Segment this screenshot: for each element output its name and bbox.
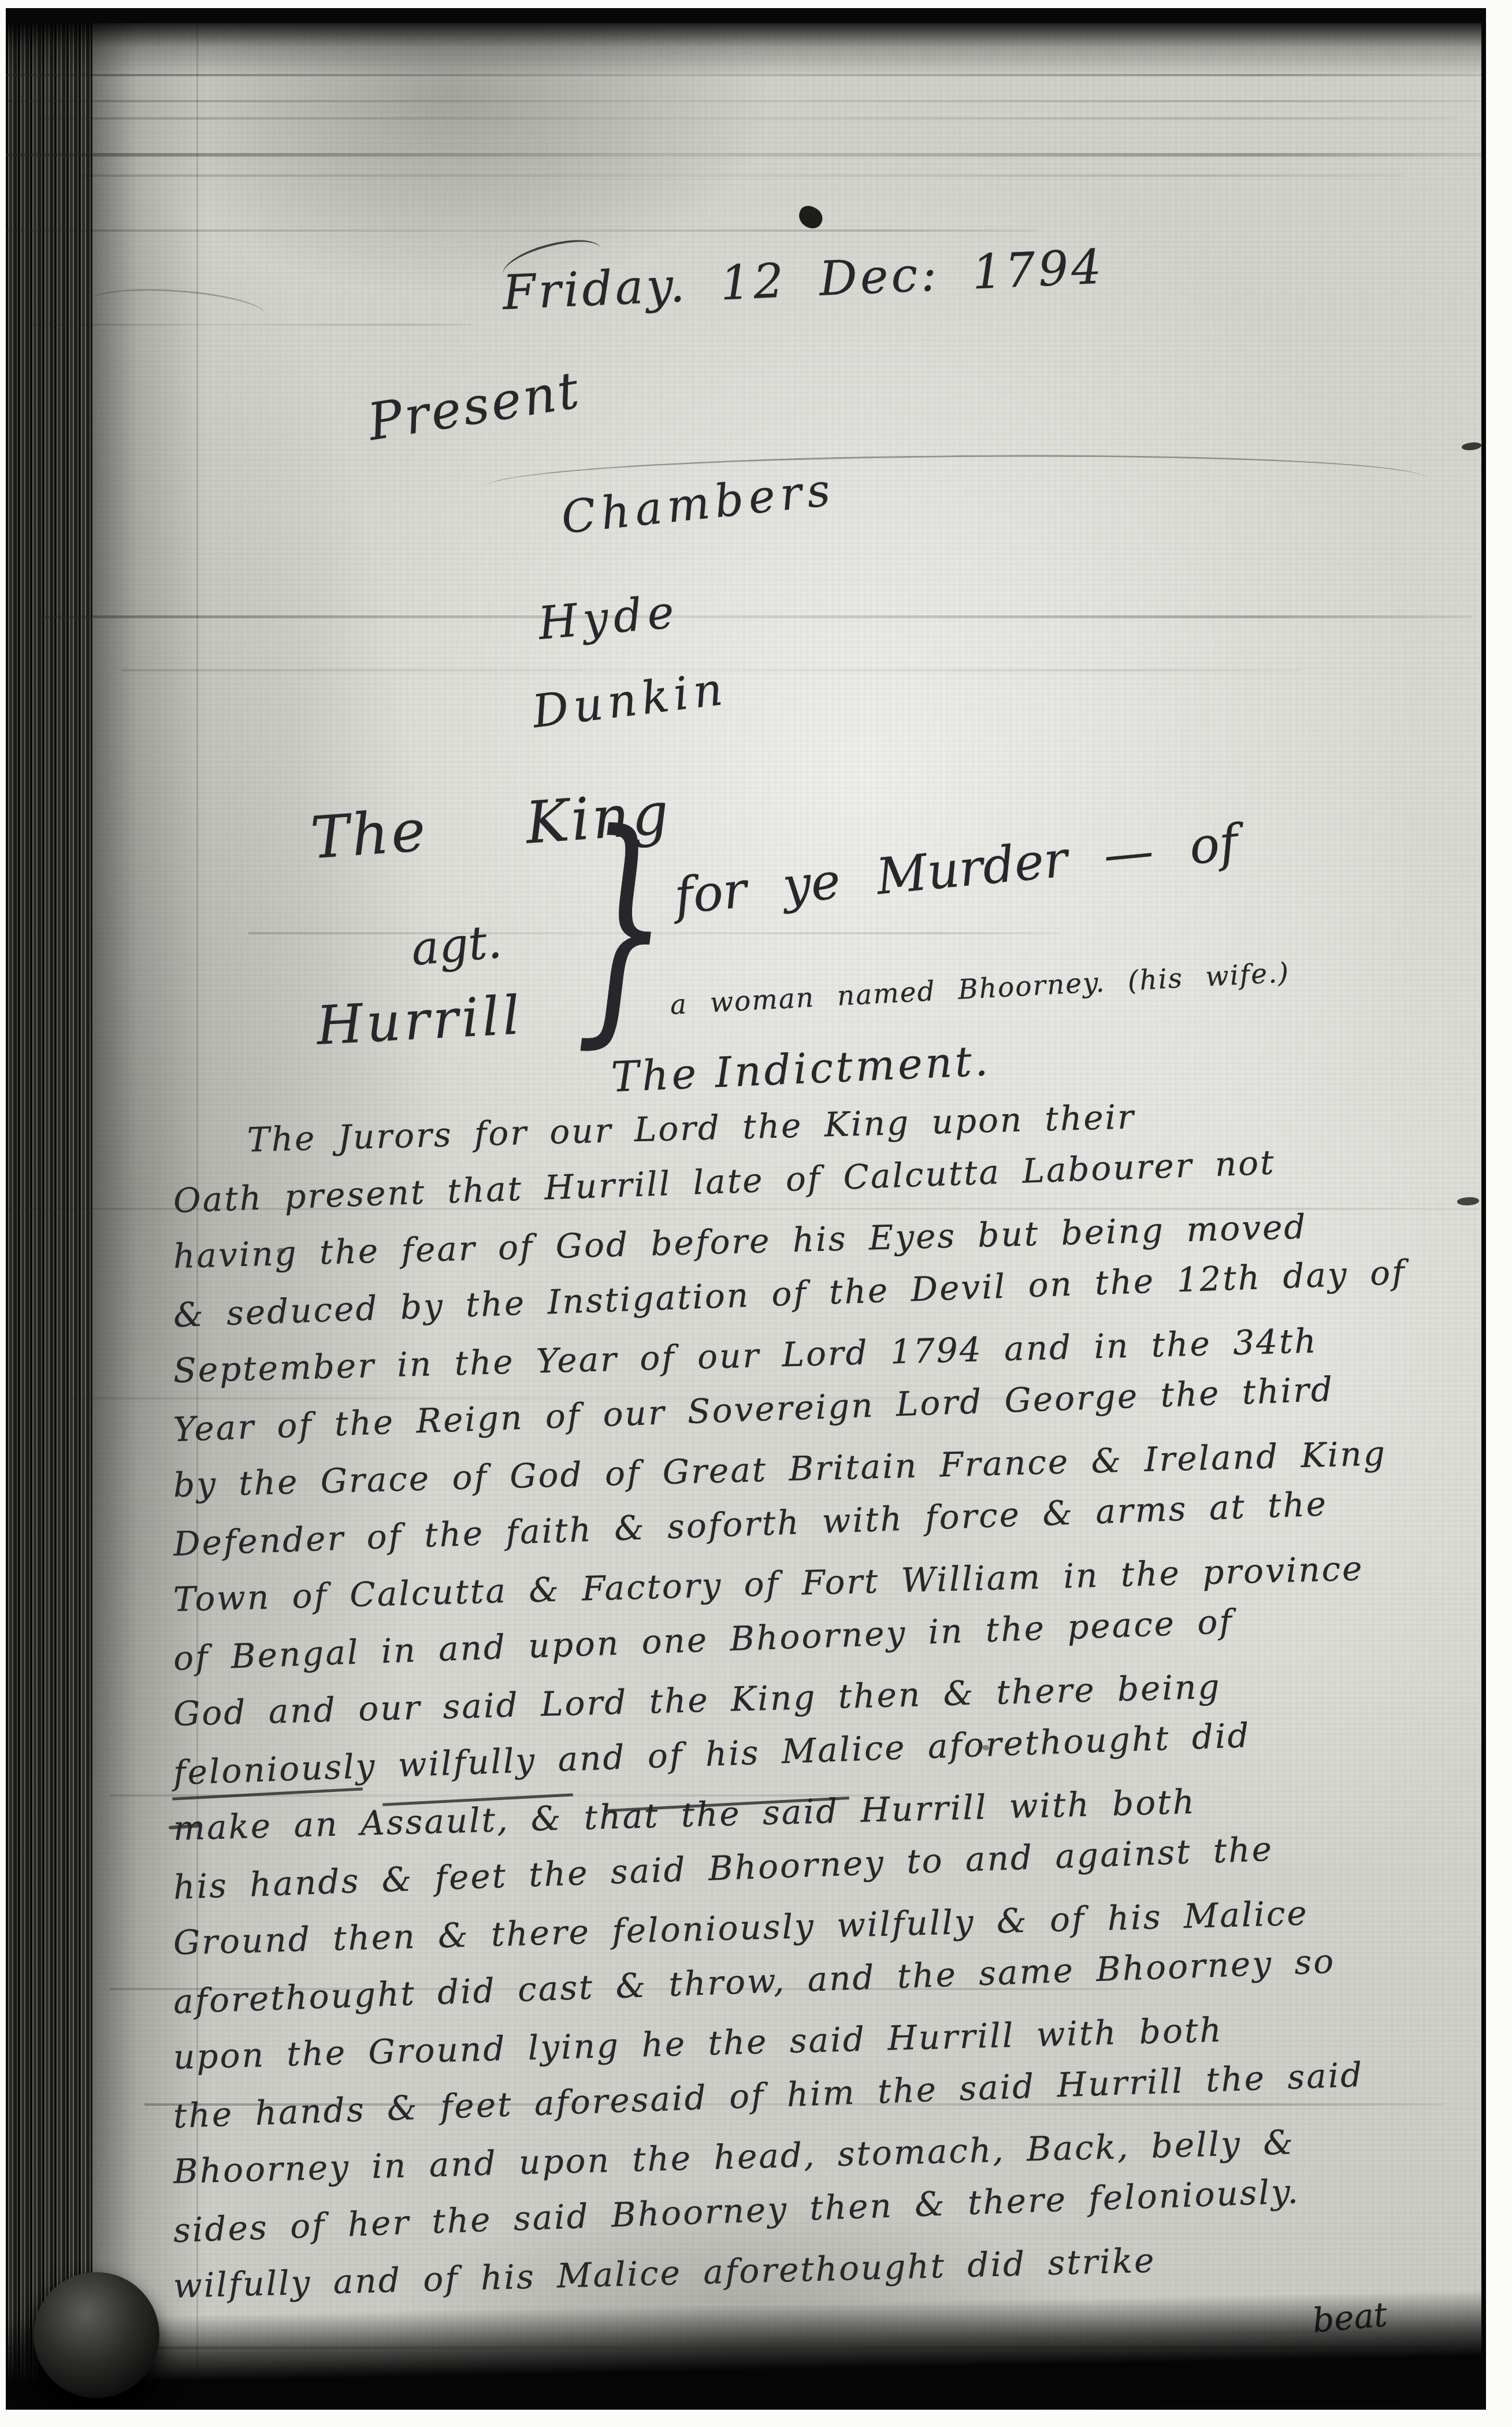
case-brace: }: [575, 792, 670, 1060]
scan-streak-line: [40, 117, 1457, 120]
ink-speck: [1461, 441, 1481, 452]
indictment-heading: The Indictment.: [610, 1036, 991, 1101]
indictment-line: wilfully and of his Malice aforethought …: [173, 2240, 1156, 2305]
scan-streak-line: [40, 615, 1472, 618]
bottom-scan-shadow: [6, 2290, 1486, 2410]
present-label: Present: [364, 360, 585, 452]
scan-streak-line: [75, 175, 1403, 177]
ink-blot: [795, 203, 826, 232]
indictment-line: The Jurors for our Lord the King upon th…: [173, 1097, 1136, 1161]
scan-streak-line: [6, 229, 1039, 232]
scanned-book-page: Friday. 12 Dec: 1794 Present Chambers Hy…: [6, 8, 1486, 2410]
book-binding-gutter: [6, 23, 92, 2380]
scan-streak-line: [6, 153, 1481, 157]
manuscript-paper: Friday. 12 Dec: 1794 Present Chambers Hy…: [6, 23, 1481, 2380]
case-defendant: Hurrill: [315, 984, 525, 1057]
scan-streak-line: [6, 74, 1481, 76]
scan-streak-line: [6, 100, 1481, 102]
charge-line-1: for ye Murder — of: [672, 814, 1240, 925]
judge-name-hyde: Hyde: [536, 586, 681, 650]
book-weight-knob: [34, 2272, 159, 2398]
ink-speck: [1457, 1196, 1479, 1206]
judge-name-dunkin: Dunkin: [530, 663, 731, 739]
charge-line-2: a woman named Bhoorney. (his wife.): [670, 957, 1291, 1021]
case-against-abbrev: agt.: [409, 915, 504, 976]
